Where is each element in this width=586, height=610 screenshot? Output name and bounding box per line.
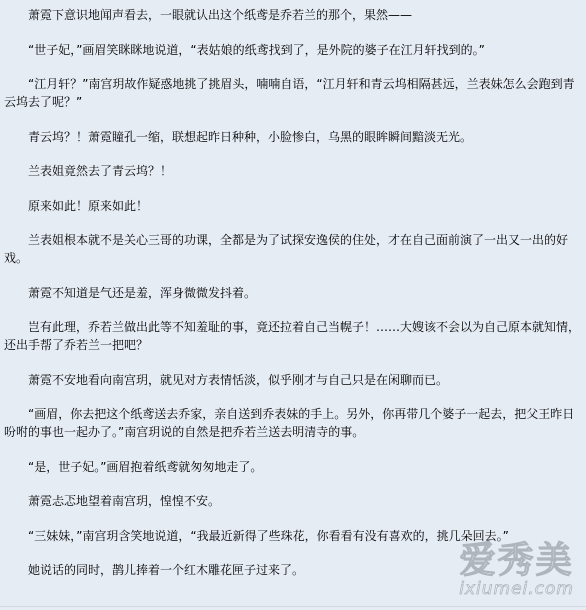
watermark-logo: 爱秀美 ixiumei.com <box>459 542 574 598</box>
paragraph: 萧霓下意识地闻声看去，一眼就认出这个纸鸢是乔若兰的那个，果然—— <box>4 6 582 24</box>
paragraph: “是，世子妃。”画眉抱着纸鸢就匆匆地走了。 <box>4 458 582 476</box>
paragraph: 萧霓忐忑地望着南宫玥，惶惶不安。 <box>4 492 582 510</box>
paragraph: 岂有此理，乔若兰做出此等不知羞耻的事，竟还拉着自己当幌子！……大嫂该不会以为自己… <box>4 318 582 354</box>
bottom-divider <box>0 606 586 607</box>
paragraph: 兰表姐竟然去了青云坞？！ <box>4 162 582 180</box>
paragraph: “画眉，你去把这个纸鸢送去乔家，亲自送到乔表妹的手上。另外，你再带几个婆子一起去… <box>4 405 582 441</box>
paragraph: 青云坞？！萧霓瞳孔一缩，联想起昨日种种，小脸惨白，乌黑的眼眸瞬间黯淡无光。 <box>4 128 582 146</box>
paragraph: “江月轩？”南宫玥故作疑惑地挑了挑眉头，喃喃自语，“江月轩和青云坞相隔甚远，兰表… <box>4 75 582 111</box>
paragraph: 萧霓不安地看向南宫玥，就见对方表情恬淡，似乎刚才与自己只是在闲聊而已。 <box>4 371 582 389</box>
paragraph: 兰表姐根本就不是关心三哥的功课，全都是为了试探安逸侯的住处，才在自己面前演了一出… <box>4 231 582 267</box>
paragraph: “世子妃，”画眉笑眯眯地说道，“表姑娘的纸鸢找到了，是外院的婆子在江月轩找到的。… <box>4 41 582 59</box>
watermark-domain: ixiumei.com <box>459 580 574 598</box>
paragraph: 萧霓不知道是气还是羞，浑身微微发抖着。 <box>4 284 582 302</box>
paragraph: 原来如此！原来如此！ <box>4 197 582 215</box>
watermark-chinese: 爱秀美 <box>459 542 574 580</box>
article-body: 萧霓下意识地闻声看去，一眼就认出这个纸鸢是乔若兰的那个，果然—— “世子妃，”画… <box>4 6 582 596</box>
